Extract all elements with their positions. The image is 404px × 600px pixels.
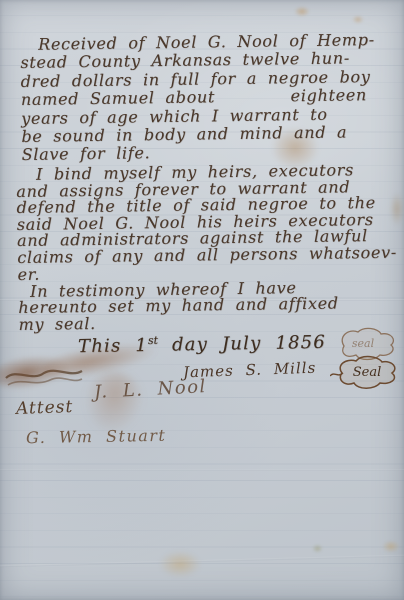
seal-label-faint: seal <box>352 337 375 350</box>
paragraph-testimony: In testimony whereof I have hereunto set… <box>18 280 339 334</box>
signature-witness: G. Wm Stuart <box>26 426 167 447</box>
stain-spot-bottom-3 <box>312 544 323 553</box>
stain-spot-bottom-1 <box>158 550 202 578</box>
document-page: Received of Noel G. Nool of Hemp- stead … <box>0 0 404 600</box>
ink-scribble <box>2 358 86 392</box>
paper-crease <box>0 469 404 471</box>
stain-spot-top-1 <box>294 6 310 17</box>
paragraph-warranty: I bind myself my heirs, executors and as… <box>16 162 397 283</box>
seal-scroll-icon: seal Seal <box>330 324 404 394</box>
date-prefix: This 1 <box>78 335 148 357</box>
stain-spot-top-2 <box>352 15 364 24</box>
seal-label: Seal <box>353 365 382 380</box>
date-line: This 1st day July 1856 <box>78 331 326 357</box>
date-suffix: day July 1856 <box>158 332 326 356</box>
paragraph-receipt: Received of Noel G. Nool of Hemp- stead … <box>20 31 376 165</box>
stain-spot-bottom-2 <box>382 540 400 553</box>
signature-second: J. L. Nool <box>94 376 208 403</box>
handwritten-line: my seal. <box>18 312 339 333</box>
paper-crease <box>0 555 404 568</box>
date-ordinal: st <box>148 334 158 347</box>
attest-label: Attest <box>16 397 74 419</box>
